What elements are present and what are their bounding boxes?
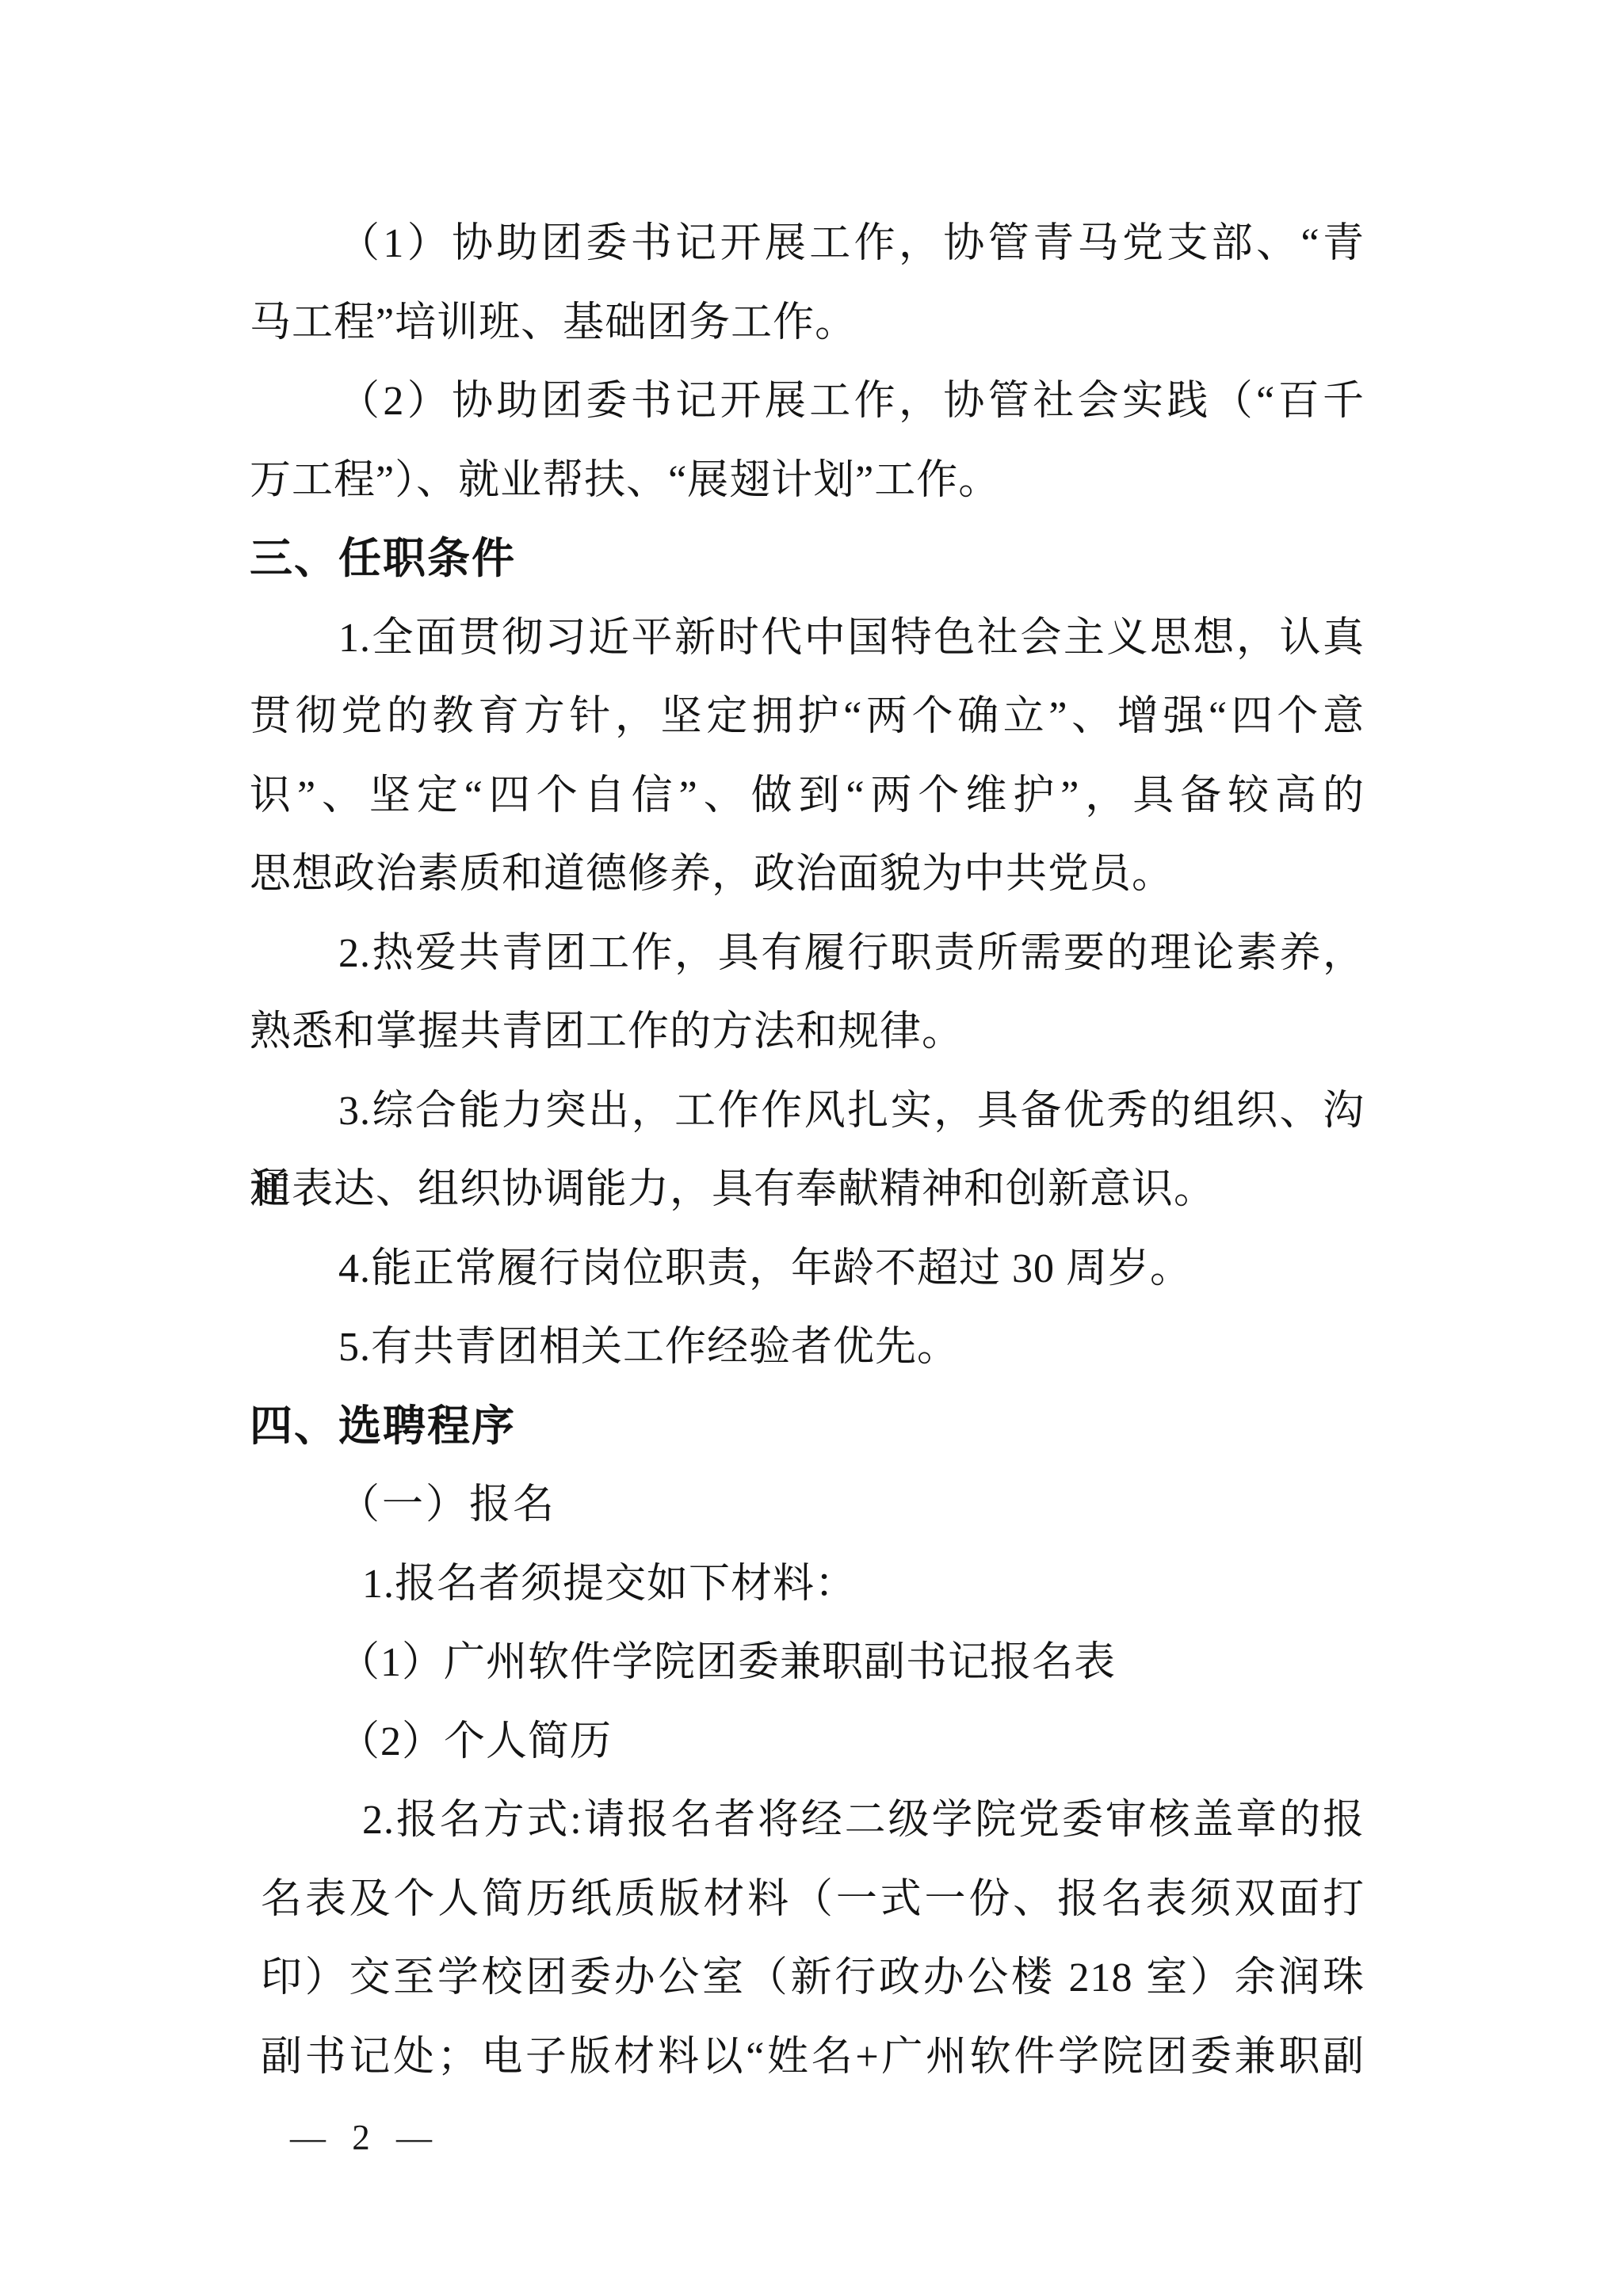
doc-line-cond-3a: 3.综合能力突出，工作作风扎实，具备优秀的组织、沟通 — [250, 1072, 1365, 1151]
doc-line-material-2: （2）个人简历 — [250, 1703, 1365, 1782]
doc-line-cond-4: 4.能正常履行岗位职责，年龄不超过 30 周岁。 — [250, 1230, 1365, 1309]
doc-line-cond-1a: 1.全面贯彻习近平新时代中国特色社会主义思想，认真 — [250, 599, 1365, 678]
doc-line-cond-1d: 思想政治素质和道德修养，政治面貌为中共党员。 — [250, 835, 1365, 914]
doc-line-duty-1b: 马工程”培训班、基础团务工作。 — [250, 284, 1365, 363]
doc-line-duty-2b: 万工程”）、就业帮扶、“展翅计划”工作。 — [250, 441, 1365, 521]
doc-line-duty-2a: （2）协助团委书记开展工作，协管社会实践（“百千 — [250, 362, 1365, 441]
doc-line-cond-2a: 2.热爱共青团工作，具有履行职责所需要的理论素养， — [250, 914, 1365, 994]
doc-line-apply-b: 名表及个人简历纸质版材料（一式一份、报名表须双面打 — [250, 1860, 1365, 1939]
doc-line-apply-a: 2.报名方式:请报名者将经二级学院党委审核盖章的报 — [250, 1781, 1365, 1860]
doc-line-apply-c: 印）交至学校团委办公室（新行政办公楼 218 室）余润珠 — [250, 1939, 1365, 2018]
document-page: （1）协助团委书记开展工作，协管青马党支部、“青 马工程”培训班、基础团务工作。… — [0, 0, 1623, 2296]
doc-line-apply-d: 副书记处；电子版材料以“姓名+广州软件学院团委兼职副 — [250, 2018, 1365, 2097]
doc-line-materials-head: 1.报名者须提交如下材料： — [250, 1545, 1365, 1624]
document-body: （1）协助团委书记开展工作，协管青马党支部、“青 马工程”培训班、基础团务工作。… — [250, 204, 1365, 2096]
page-number: — 2 — — [290, 2114, 432, 2161]
section-heading-4: 四、选聘程序 — [250, 1387, 1365, 1466]
doc-line-duty-1a: （1）协助团委书记开展工作，协管青马党支部、“青 — [250, 204, 1365, 284]
section-heading-3: 三、任职条件 — [250, 520, 1365, 599]
subsection-heading-1: （一）报名 — [250, 1466, 1365, 1545]
doc-line-cond-3b: 和表达、组织协调能力，具有奉献精神和创新意识。 — [250, 1150, 1365, 1230]
doc-line-material-1: （1）广州软件学院团委兼职副书记报名表 — [250, 1623, 1365, 1703]
doc-line-cond-5: 5.有共青团相关工作经验者优先。 — [250, 1308, 1365, 1387]
doc-line-cond-2b: 熟悉和掌握共青团工作的方法和规律。 — [250, 993, 1365, 1072]
doc-line-cond-1b: 贯彻党的教育方针，坚定拥护“两个确立”、增强“四个意 — [250, 677, 1365, 757]
doc-line-cond-1c: 识”、坚定“四个自信”、做到“两个维护”，具备较高的 — [250, 757, 1365, 836]
